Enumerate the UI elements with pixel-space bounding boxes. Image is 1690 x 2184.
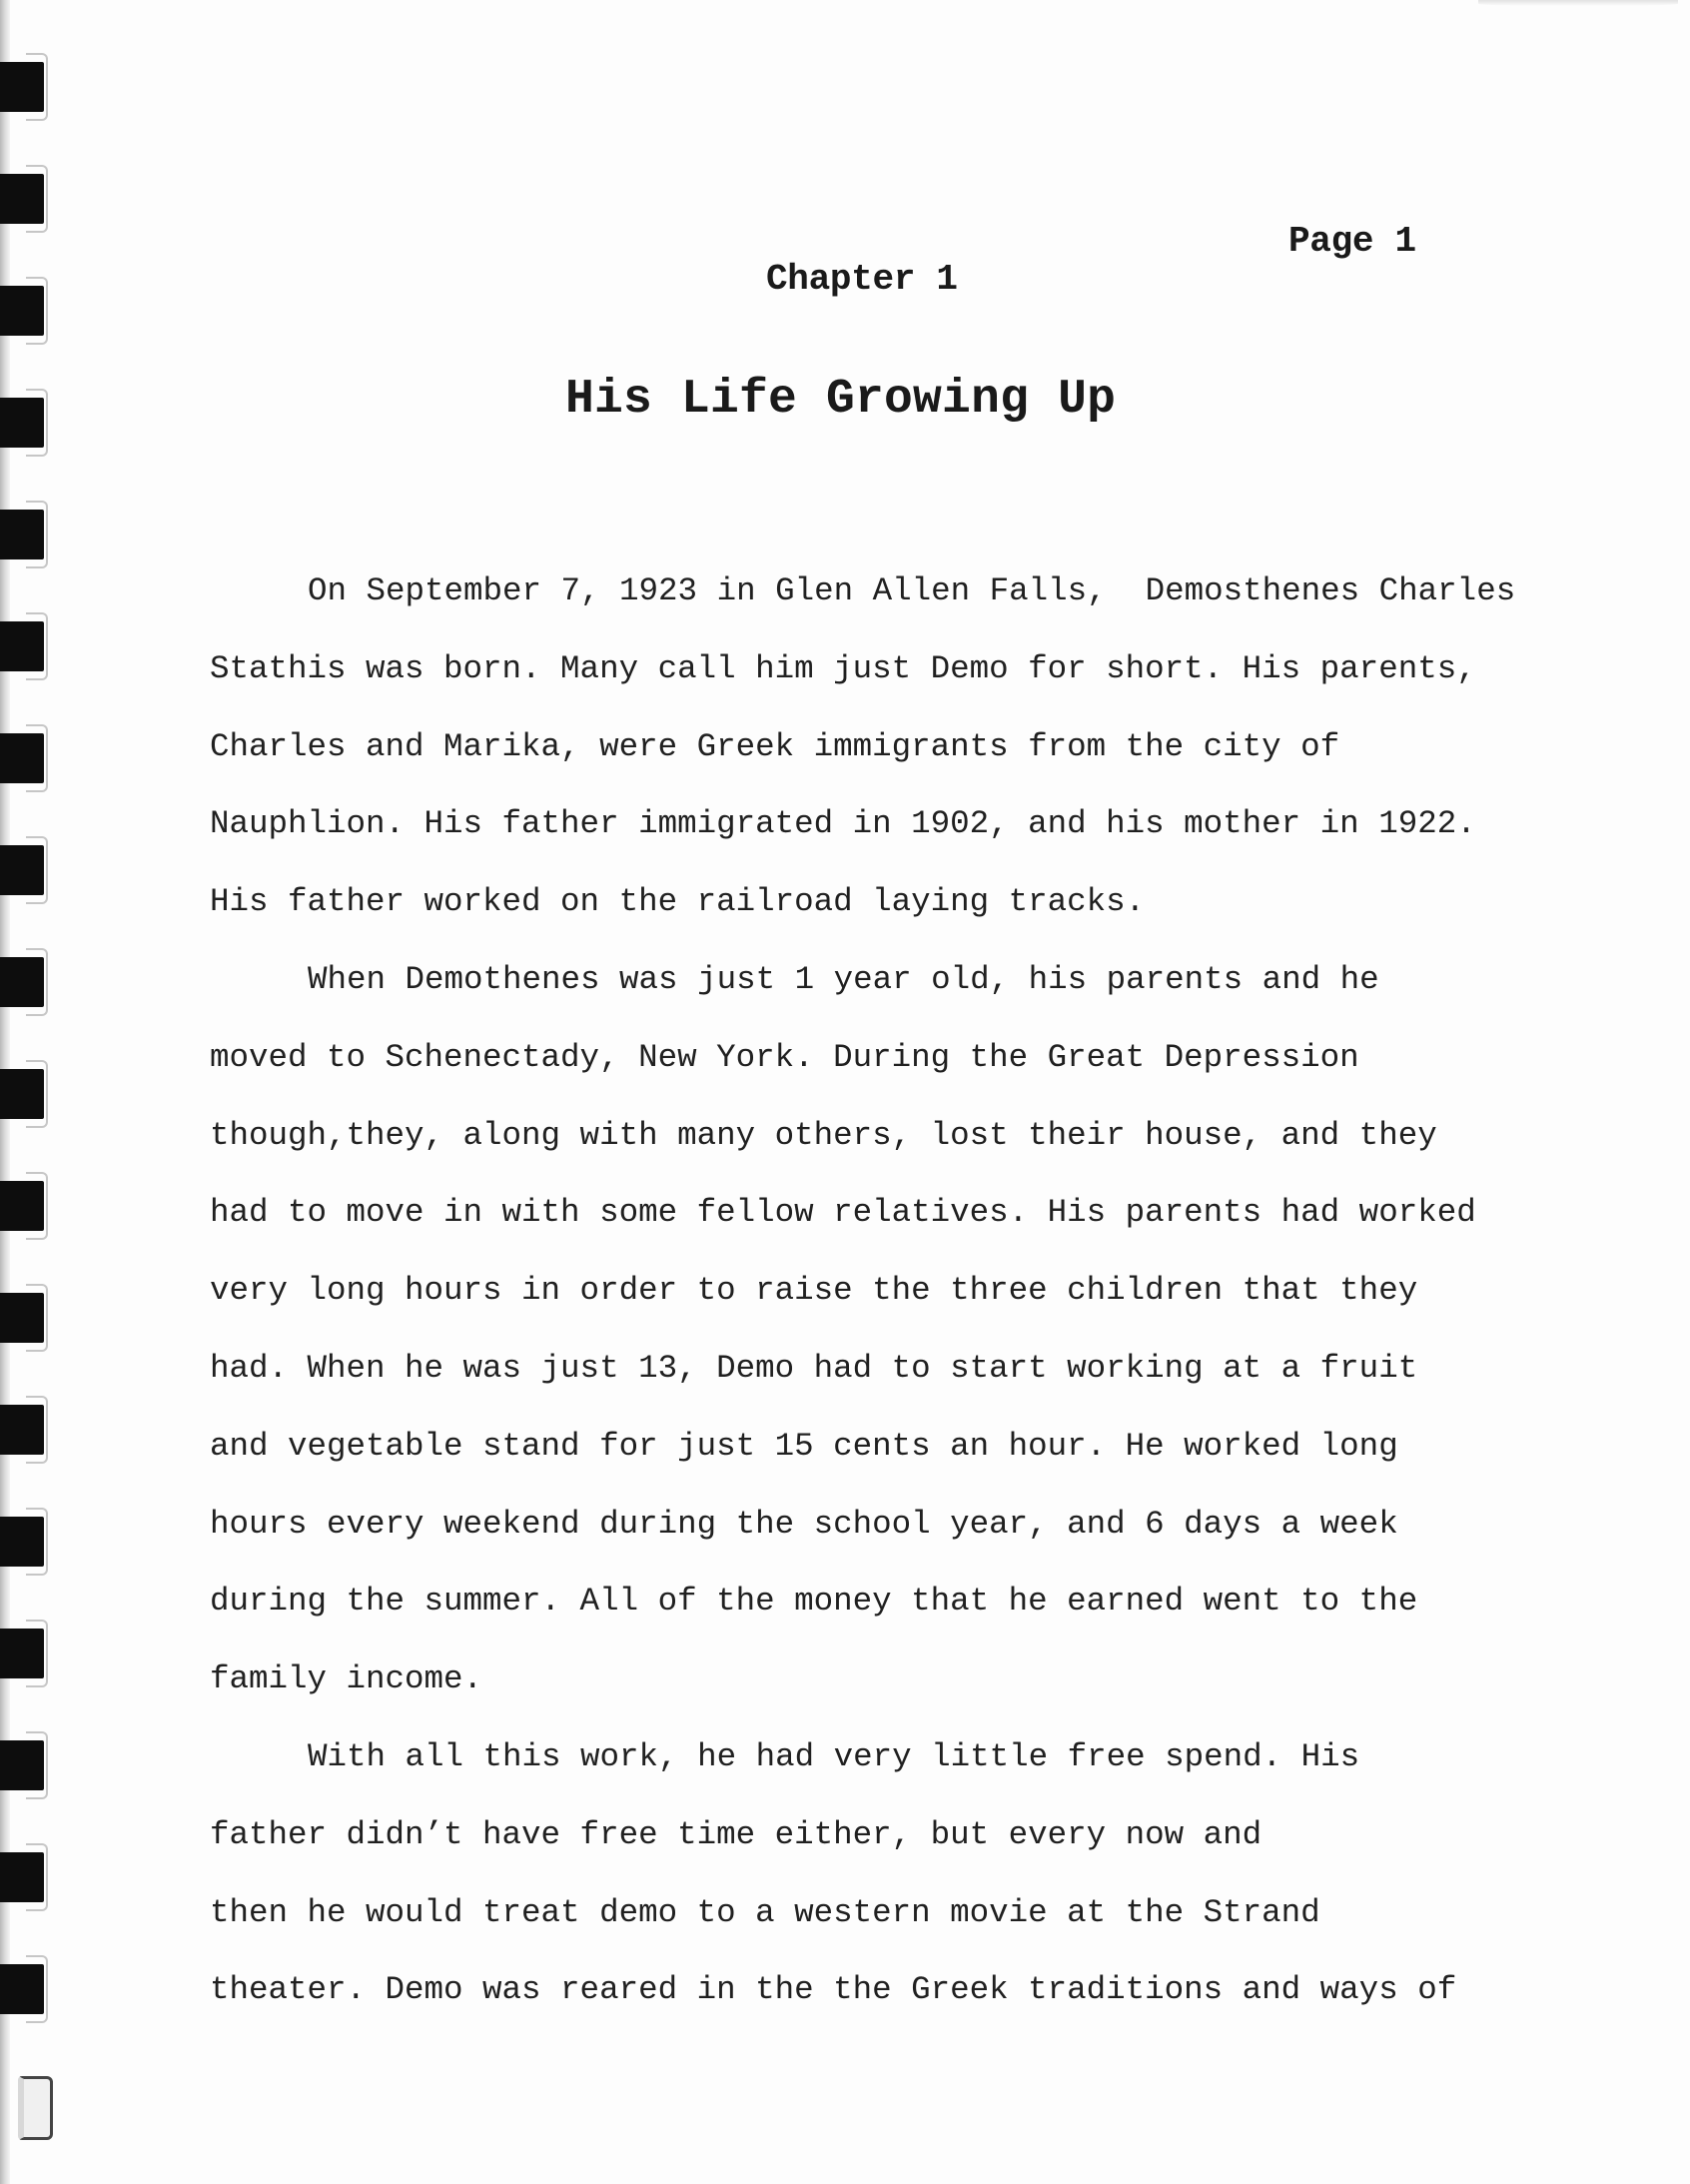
paragraph: With all this work, he had very little f… [210,1718,1568,2029]
text-line: theater. Demo was reared in the the Gree… [210,1951,1568,2029]
text-line: His father worked on the railroad laying… [210,863,1568,941]
text-line: With all this work, he had very little f… [210,1718,1568,1796]
binding-tab [0,1629,44,1678]
paragraph: When Demothenes was just 1 year old, his… [210,941,1568,1718]
binding-tab [0,1517,44,1567]
binding-tab [0,1069,44,1119]
text-line: had. When he was just 13, Demo had to st… [210,1330,1568,1408]
binding-tab [0,510,44,559]
binding-tab [0,286,44,336]
binding-tab [0,845,44,895]
text-line: then he would treat demo to a western mo… [210,1874,1568,1952]
text-line: father didn’t have free time either, but… [210,1796,1568,1874]
text-line: Charles and Marika, were Greek immigrant… [210,708,1568,786]
text-line: had to move in with some fellow relative… [210,1174,1568,1252]
chapter-title: His Life Growing Up [565,376,1116,424]
text-line: hours every weekend during the school ye… [210,1486,1568,1564]
text-line: very long hours in order to raise the th… [210,1252,1568,1330]
scanned-page: Page 1 Chapter 1 His Life Growing Up On … [0,0,1690,2184]
binding-tab [0,1181,44,1231]
scan-smudge [1478,0,1678,6]
text-line: On September 7, 1923 in Glen Allen Falls… [210,552,1568,630]
binding-tab [0,957,44,1007]
binding-tab [0,621,44,671]
binding-tab [0,1852,44,1902]
text-line: during the summer. All of the money that… [210,1563,1568,1640]
binding-tab [0,1964,44,2014]
text-line: and vegetable stand for just 15 cents an… [210,1408,1568,1486]
binding-tab [0,62,44,112]
text-line: Nauphlion. His father immigrated in 1902… [210,785,1568,863]
text-line: family income. [210,1640,1568,1718]
binding-tab [0,1293,44,1343]
binding-tab [0,398,44,448]
binding-tab [0,1740,44,1790]
text-line: Stathis was born. Many call him just Dem… [210,630,1568,708]
binding-tab [0,1405,44,1455]
chapter-label: Chapter 1 [766,262,958,298]
binding-tab [0,733,44,783]
text-line: though,they, along with many others, los… [210,1097,1568,1175]
binding-tab [0,174,44,224]
body-text: On September 7, 1923 in Glen Allen Falls… [210,552,1568,2029]
text-line: moved to Schenectady, New York. During t… [210,1019,1568,1097]
paragraph: On September 7, 1923 in Glen Allen Falls… [210,552,1568,941]
page-number: Page 1 [1288,224,1416,260]
comb-binding [0,0,60,2184]
text-line: When Demothenes was just 1 year old, his… [210,941,1568,1019]
binding-tab-partial [18,2076,53,2140]
